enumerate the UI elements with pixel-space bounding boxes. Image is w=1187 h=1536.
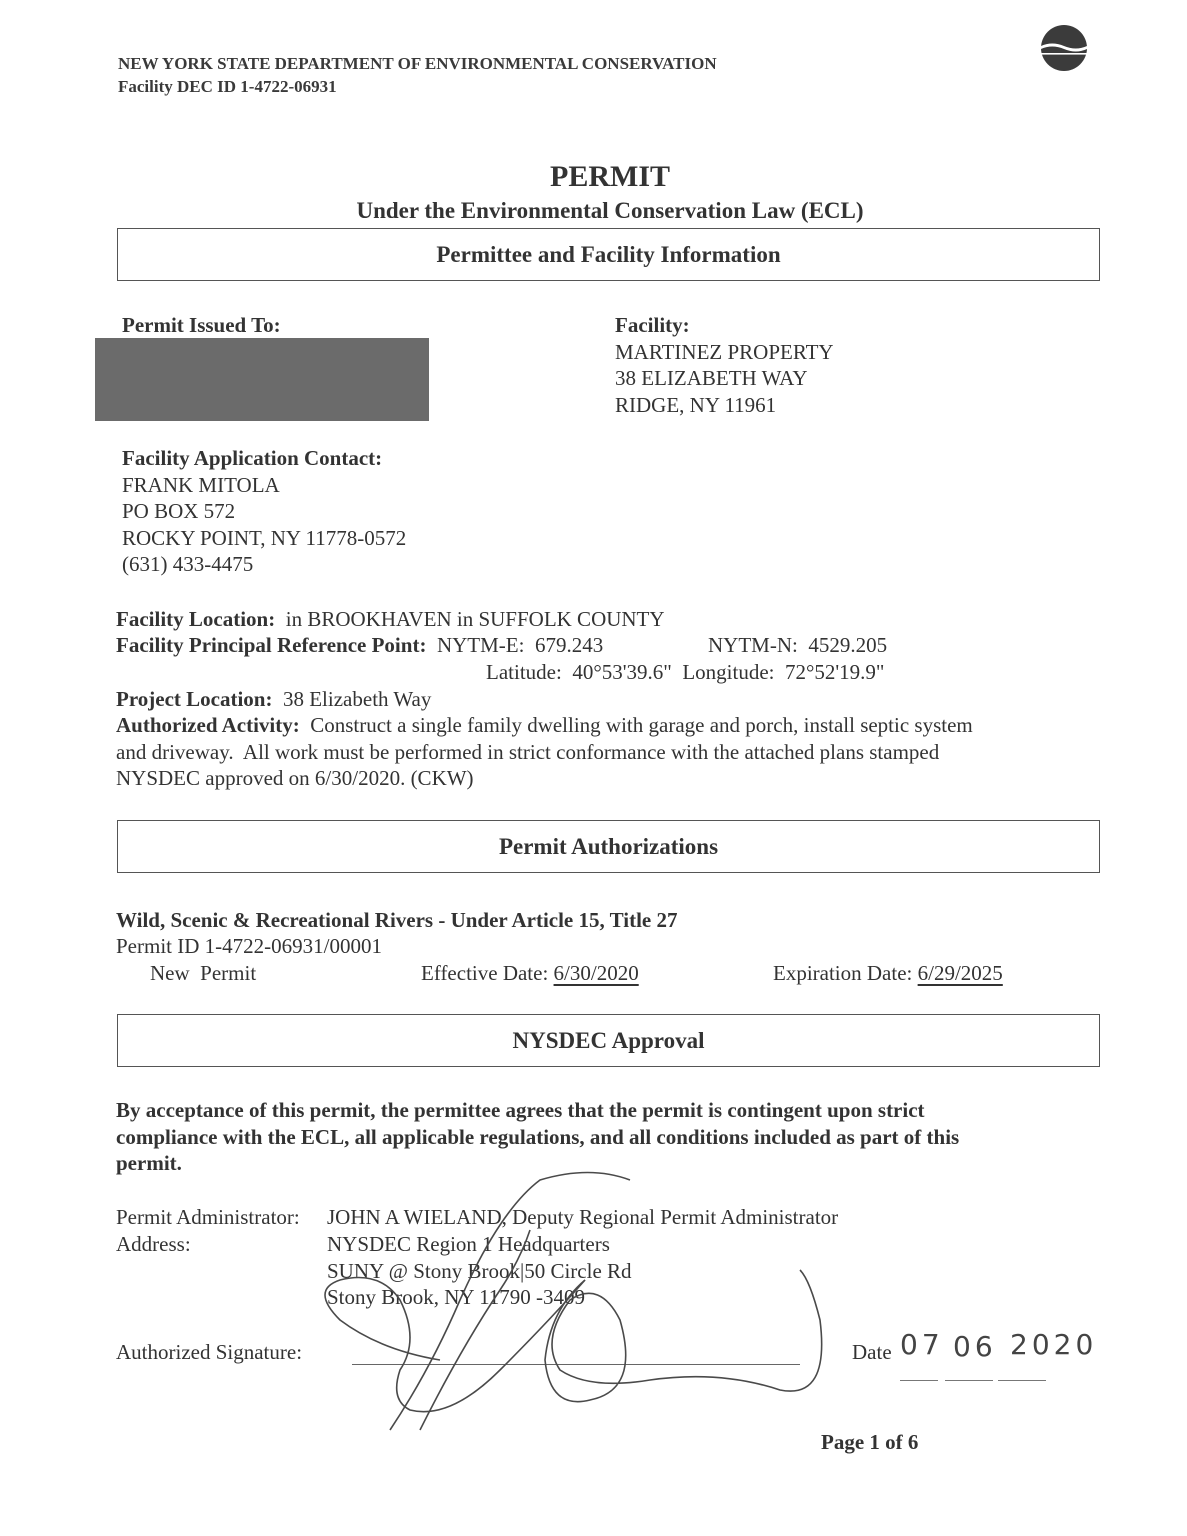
administrator-value: JOHN A WIELAND, Deputy Regional Permit A… — [327, 1204, 838, 1231]
reference-point-label: Facility Principal Reference Point: — [116, 633, 426, 657]
latitude-value: 40°53'39.6" — [572, 660, 672, 684]
contact-label: Facility Application Contact: — [122, 445, 406, 472]
page-subtitle: Under the Environmental Conservation Law… — [0, 198, 1187, 224]
address-label: Address: — [116, 1231, 191, 1258]
facility-location-value: in BROOKHAVEN in SUFFOLK COUNTY — [286, 607, 665, 631]
effective-date-label: Effective Date: — [421, 961, 548, 985]
facility-line: 38 ELIZABETH WAY — [615, 365, 834, 392]
lat-long: Latitude: 40°53'39.6" Longitude: 72°52'1… — [486, 659, 885, 686]
expiration-date: Expiration Date: 6/29/2025 — [773, 960, 1003, 987]
authorized-activity: Authorized Activity: Construct a single … — [116, 712, 1096, 792]
signature-line — [352, 1364, 800, 1365]
section-title: NYSDEC Approval — [513, 1028, 705, 1054]
date-line-month — [900, 1380, 938, 1381]
expiration-date-label: Expiration Date: — [773, 961, 912, 985]
activity-line: Construct a single family dwelling with … — [310, 713, 973, 737]
contact-block: Facility Application Contact: FRANK MITO… — [122, 445, 406, 578]
document-header: NEW YORK STATE DEPARTMENT OF ENVIRONMENT… — [118, 52, 717, 98]
latitude-label: Latitude: — [486, 660, 562, 684]
contact-line: (631) 433-4475 — [122, 551, 406, 578]
section-header-authorizations: Permit Authorizations — [117, 820, 1100, 873]
address-line: Stony Brook, NY 11790 -3409 — [327, 1284, 632, 1311]
date-year: 2020 — [1010, 1328, 1097, 1361]
permit-id: Permit ID 1-4722-06931/00001 — [116, 933, 382, 960]
date-line-year — [998, 1380, 1046, 1381]
date-month: 07 — [900, 1328, 944, 1361]
statement-line: By acceptance of this permit, the permit… — [116, 1097, 1096, 1124]
section-title: Permit Authorizations — [499, 834, 718, 860]
permit-type: New Permit — [150, 960, 256, 987]
project-location: Project Location: 38 Elizabeth Way — [116, 686, 431, 713]
facility-location: Facility Location: in BROOKHAVEN in SUFF… — [116, 606, 665, 633]
reference-point: Facility Principal Reference Point: NYTM… — [116, 632, 603, 659]
section-header-permittee: Permittee and Facility Information — [117, 228, 1100, 281]
date-line-day — [945, 1380, 993, 1381]
facility-line: RIDGE, NY 11961 — [615, 392, 834, 419]
activity-label: Authorized Activity: — [116, 713, 300, 737]
project-location-value: 38 Elizabeth Way — [283, 687, 431, 711]
nytm-e-label: NYTM-E: — [437, 633, 525, 657]
facility-block: Facility: MARTINEZ PROPERTY 38 ELIZABETH… — [615, 312, 834, 418]
contact-line: PO BOX 572 — [122, 498, 406, 525]
address-block: NYSDEC Region 1 Headquarters SUNY @ Ston… — [327, 1231, 632, 1311]
facility-location-label: Facility Location: — [116, 607, 275, 631]
page-title: PERMIT — [0, 160, 1187, 194]
activity-line: NYSDEC approved on 6/30/2020. (CKW) — [116, 765, 1096, 792]
effective-date: Effective Date: 6/30/2020 — [421, 960, 639, 987]
acceptance-statement: By acceptance of this permit, the permit… — [116, 1097, 1096, 1177]
statement-line: compliance with the ECL, all applicable … — [116, 1124, 1096, 1151]
nytm-n-value: 4529.205 — [808, 633, 887, 657]
authorization-program: Wild, Scenic & Recreational Rivers - Und… — [116, 907, 677, 934]
nysdec-logo-icon — [1040, 24, 1088, 72]
facility-line: MARTINEZ PROPERTY — [615, 339, 834, 366]
section-header-approval: NYSDEC Approval — [117, 1014, 1100, 1067]
date-label: Date — [852, 1339, 892, 1366]
redacted-permittee-block — [95, 338, 429, 421]
facility-dec-id: Facility DEC ID 1-4722-06931 — [118, 75, 717, 98]
statement-line: permit. — [116, 1150, 1096, 1177]
page-number: Page 1 of 6 — [821, 1429, 918, 1456]
nytm-n-label: NYTM-N: — [708, 633, 798, 657]
project-location-label: Project Location: — [116, 687, 272, 711]
section-title: Permittee and Facility Information — [436, 242, 780, 268]
agency-name: NEW YORK STATE DEPARTMENT OF ENVIRONMENT… — [118, 52, 717, 75]
activity-line: and driveway. All work must be performed… — [116, 739, 1096, 766]
facility-label: Facility: — [615, 312, 834, 339]
longitude-value: 72°52'19.9" — [785, 660, 885, 684]
administrator-label: Permit Administrator: — [116, 1204, 300, 1231]
longitude-label: Longitude: — [682, 660, 774, 684]
effective-date-value: 6/30/2020 — [554, 961, 639, 985]
contact-line: FRANK MITOLA — [122, 472, 406, 499]
nytm-n: NYTM-N: 4529.205 — [708, 632, 887, 659]
expiration-date-value: 6/29/2025 — [918, 961, 1003, 985]
permit-issued-to-label: Permit Issued To: — [122, 312, 281, 339]
address-line: SUNY @ Stony Brook|50 Circle Rd — [327, 1258, 632, 1285]
contact-line: ROCKY POINT, NY 11778-0572 — [122, 525, 406, 552]
address-line: NYSDEC Region 1 Headquarters — [327, 1231, 632, 1258]
signature-label: Authorized Signature: — [116, 1339, 302, 1366]
nytm-e-value: 679.243 — [535, 633, 603, 657]
date-day: 06 — [953, 1330, 997, 1363]
